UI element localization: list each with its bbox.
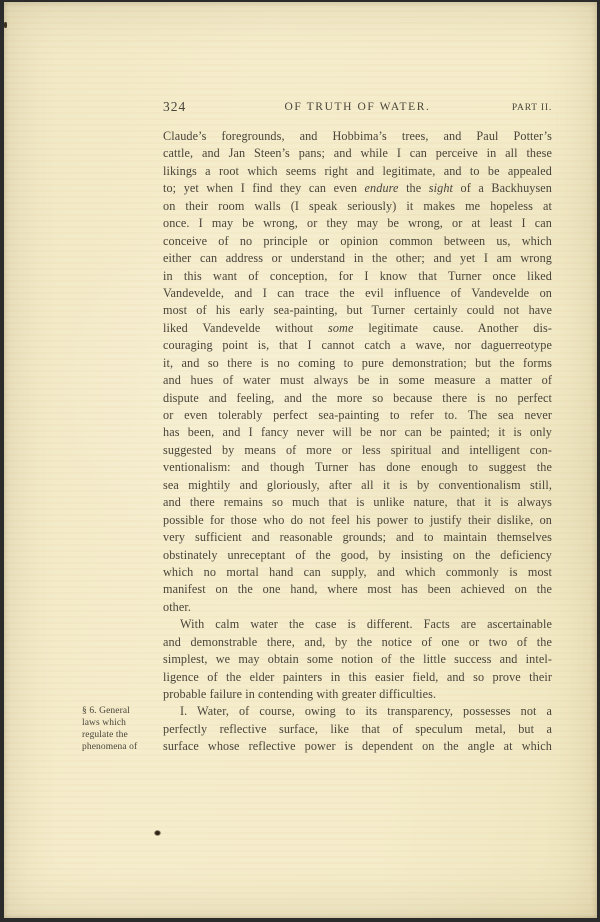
text-line: conceive of no principle or opinion comm… — [163, 233, 552, 250]
text-line: to; yet when I find they can even endure… — [163, 180, 552, 197]
text-line: obstinately unreceptant of the good, by … — [163, 547, 552, 564]
scanned-book-page: 324 OF TRUTH OF WATER. PART II. § 6. Gen… — [4, 2, 597, 918]
text-line: I. Water, of course, owing to its transp… — [163, 703, 552, 720]
text-line: and hues of water must always be in some… — [163, 372, 552, 389]
paragraph: With calm water the case is different. F… — [163, 616, 552, 703]
text-line: or even tolerably perfect sea-painting t… — [163, 407, 552, 424]
text-line: perfectly reflective surface, like that … — [163, 721, 552, 738]
text-line: it, and so there is no coming to pure de… — [163, 355, 552, 372]
text-line: either can address or understand in the … — [163, 250, 552, 267]
paragraph: Claude’s foregrounds, and Hobbima’s tree… — [163, 128, 552, 616]
margin-note-line: laws which — [82, 717, 160, 729]
margin-note: § 6. Generallaws whichregulate thephenom… — [82, 705, 160, 753]
margin-note-line: phenomena of — [82, 741, 160, 753]
text-line: likings a root which seems right and leg… — [163, 163, 552, 180]
text-line: and demonstrable there, and, by the noti… — [163, 634, 552, 651]
text-line: on their room walls (I speak seriously) … — [163, 198, 552, 215]
text-line: in this want of conception, for I know t… — [163, 268, 552, 285]
text-line: simplest, we may obtain some notion of t… — [163, 651, 552, 668]
text-line: suggested by means of more or less spiri… — [163, 442, 552, 459]
text-line: has been, and I fancy never will be nor … — [163, 424, 552, 441]
body-text: Claude’s foregrounds, and Hobbima’s tree… — [163, 128, 552, 756]
edge-speck — [4, 22, 7, 28]
text-line: surface whose reflective power is depend… — [163, 738, 552, 755]
text-line: couraging point is, that I cannot catch … — [163, 337, 552, 354]
text-line: possible for those who do not feel his p… — [163, 512, 552, 529]
running-title: OF TRUTH OF WATER. — [163, 101, 552, 113]
text-line: Vandevelde, and I can trace the evil inf… — [163, 285, 552, 302]
margin-note-line: regulate the — [82, 729, 160, 741]
text-line: dispute and feeling, and the more so bec… — [163, 390, 552, 407]
ink-speck — [154, 830, 161, 836]
text-line: ligence of the elder painters in this ea… — [163, 669, 552, 686]
text-line: Claude’s foregrounds, and Hobbima’s tree… — [163, 128, 552, 145]
text-line: once. I may be wrong, or they may be wro… — [163, 215, 552, 232]
text-line: liked Vandevelde without some legitimate… — [163, 320, 552, 337]
paragraph: I. Water, of course, owing to its transp… — [163, 703, 552, 755]
text-line: cattle, and Jan Steen’s pans; and while … — [163, 145, 552, 162]
text-line: probable failure in contending with grea… — [163, 686, 552, 703]
margin-note-line: § 6. General — [82, 705, 160, 717]
text-line: most of his early sea-painting, but Turn… — [163, 302, 552, 319]
text-line: manifest on the one hand, where most has… — [163, 581, 552, 598]
text-line: and there remains so much that is unlike… — [163, 494, 552, 511]
text-line: With calm water the case is different. F… — [163, 616, 552, 633]
text-line: very sufficient and reasonable grounds; … — [163, 529, 552, 546]
page-header: 324 OF TRUTH OF WATER. PART II. — [163, 99, 552, 115]
text-line: other. — [163, 599, 552, 616]
text-line: sea mightily and gloriously, after all i… — [163, 477, 552, 494]
part-label: PART II. — [512, 103, 552, 113]
text-line: ventionalism: and though Turner has done… — [163, 459, 552, 476]
text-line: which no mortal hand can supply, and whi… — [163, 564, 552, 581]
